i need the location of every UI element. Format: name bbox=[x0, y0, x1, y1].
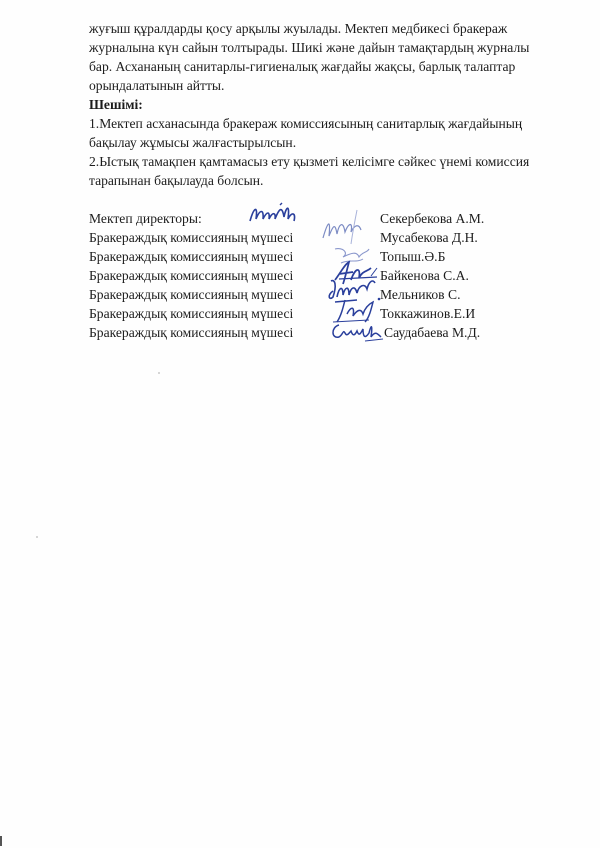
signatory-role: Бракераждық комиссияның мүшесі bbox=[89, 285, 293, 304]
signatory-role: Мектеп директоры: bbox=[89, 209, 202, 228]
signatory-name: Мусабекова Д.Н. bbox=[380, 228, 478, 247]
paragraph-line: орындалатынын айтты. bbox=[89, 76, 529, 95]
signatory-role: Бракераждық комиссияның мүшесі bbox=[89, 228, 293, 247]
handwritten-signature-icon bbox=[315, 206, 375, 246]
paragraph-line: журналына күн сайын толтырады. Шикі және… bbox=[89, 38, 529, 57]
scan-edge-mark bbox=[0, 836, 2, 846]
signatory-role: Бракераждық комиссияның мүшесі bbox=[89, 304, 293, 323]
decision-heading: Шешімі: bbox=[89, 95, 529, 114]
decision-line: 1.Мектеп асханасында бракераж комиссиясы… bbox=[89, 114, 529, 133]
decision-line: бақылау жұмысы жалғастырылсын. bbox=[89, 133, 529, 152]
signatory-name: Саудабаева М.Д. bbox=[384, 323, 480, 342]
paragraph-line: жуғыш құралдарды қосу арқылы жуылады. Ме… bbox=[89, 19, 529, 38]
signatory-name: Секербекова А.М. bbox=[380, 209, 484, 228]
scan-speck bbox=[158, 372, 160, 374]
signatory-role: Бракераждық комиссияның мүшесі bbox=[89, 247, 293, 266]
signatory-name: Байкенова С.А. bbox=[380, 266, 469, 285]
handwritten-signature-icon bbox=[329, 317, 389, 345]
paragraph-line: бар. Асхананың санитарлы-гигиеналық жағд… bbox=[89, 57, 529, 76]
scanned-document-page: жуғыш құралдарды қосу арқылы жуылады. Ме… bbox=[0, 0, 600, 848]
scan-speck bbox=[36, 536, 38, 538]
document-body: жуғыш құралдарды қосу арқылы жуылады. Ме… bbox=[89, 19, 529, 190]
decision-line: 2.Ыстық тамақпен қамтамасыз ету қызметі … bbox=[89, 152, 529, 171]
signatory-role: Бракераждық комиссияның мүшесі bbox=[89, 323, 293, 342]
signatory-name: Мельников С. bbox=[380, 285, 460, 304]
handwritten-signature-icon bbox=[244, 201, 304, 229]
decision-line: тарапынан бақылауда болсын. bbox=[89, 171, 529, 190]
signatory-name: Токкажинов.Е.И bbox=[380, 304, 475, 323]
signatory-role: Бракераждық комиссияның мүшесі bbox=[89, 266, 293, 285]
